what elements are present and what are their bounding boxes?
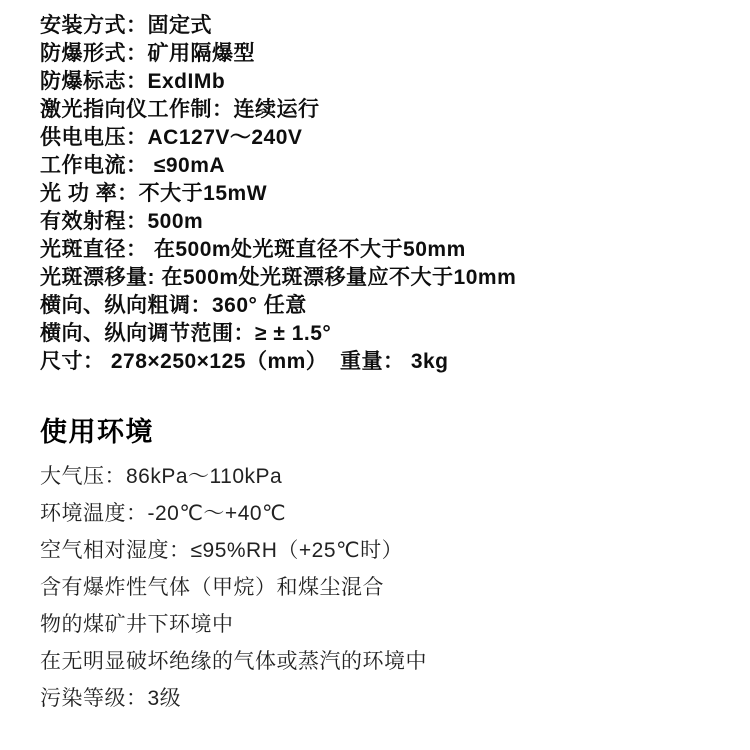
spec-line: 激光指向仪工作制：连续运行 (40, 96, 750, 124)
env-line: 大气压：86kPa～110kPa (40, 458, 750, 495)
env-line: 在无明显破坏绝缘的气体或蒸汽的环境中 (40, 643, 750, 680)
spec-line: 安装方式：固定式 (40, 12, 750, 40)
spec-line: 光斑直径： 在500m处光斑直径不大于50mm (40, 236, 750, 264)
env-line: 含有爆炸性气体（甲烷）和煤尘混合 (40, 569, 750, 606)
env-line: 污染等级：3级 (40, 680, 750, 717)
spec-line: 光斑漂移量: 在500m处光斑漂移量应不大于10mm (40, 264, 750, 292)
env-line: 环境温度：-20℃～+40℃ (40, 495, 750, 532)
section-heading-usage-environment: 使用环境 (40, 414, 750, 450)
spec-line: 尺寸： 278×250×125（mm） 重量： 3kg (40, 348, 750, 376)
spec-line: 工作电流： ≤90mA (40, 152, 750, 180)
env-line: 物的煤矿井下环境中 (40, 606, 750, 643)
environment-list: 大气压：86kPa～110kPa环境温度：-20℃～+40℃空气相对湿度：≤95… (40, 458, 750, 717)
spec-list: 安装方式：固定式防爆形式：矿用隔爆型防爆标志：ExdIMb激光指向仪工作制：连续… (0, 0, 750, 376)
spec-line: 光 功 率：不大于15mW (40, 180, 750, 208)
spec-line: 有效射程：500m (40, 208, 750, 236)
spec-line: 防爆标志：ExdIMb (40, 68, 750, 96)
spec-line: 防爆形式：矿用隔爆型 (40, 40, 750, 68)
env-line: 空气相对湿度：≤95%RH（+25℃时） (40, 532, 750, 569)
spec-line: 横向、纵向调节范围：≥ ± 1.5° (40, 320, 750, 348)
spec-line: 供电电压：AC127V～240V (40, 124, 750, 152)
spec-line: 横向、纵向粗调：360° 任意 (40, 292, 750, 320)
product-spec-page: 安装方式：固定式防爆形式：矿用隔爆型防爆标志：ExdIMb激光指向仪工作制：连续… (0, 0, 750, 750)
